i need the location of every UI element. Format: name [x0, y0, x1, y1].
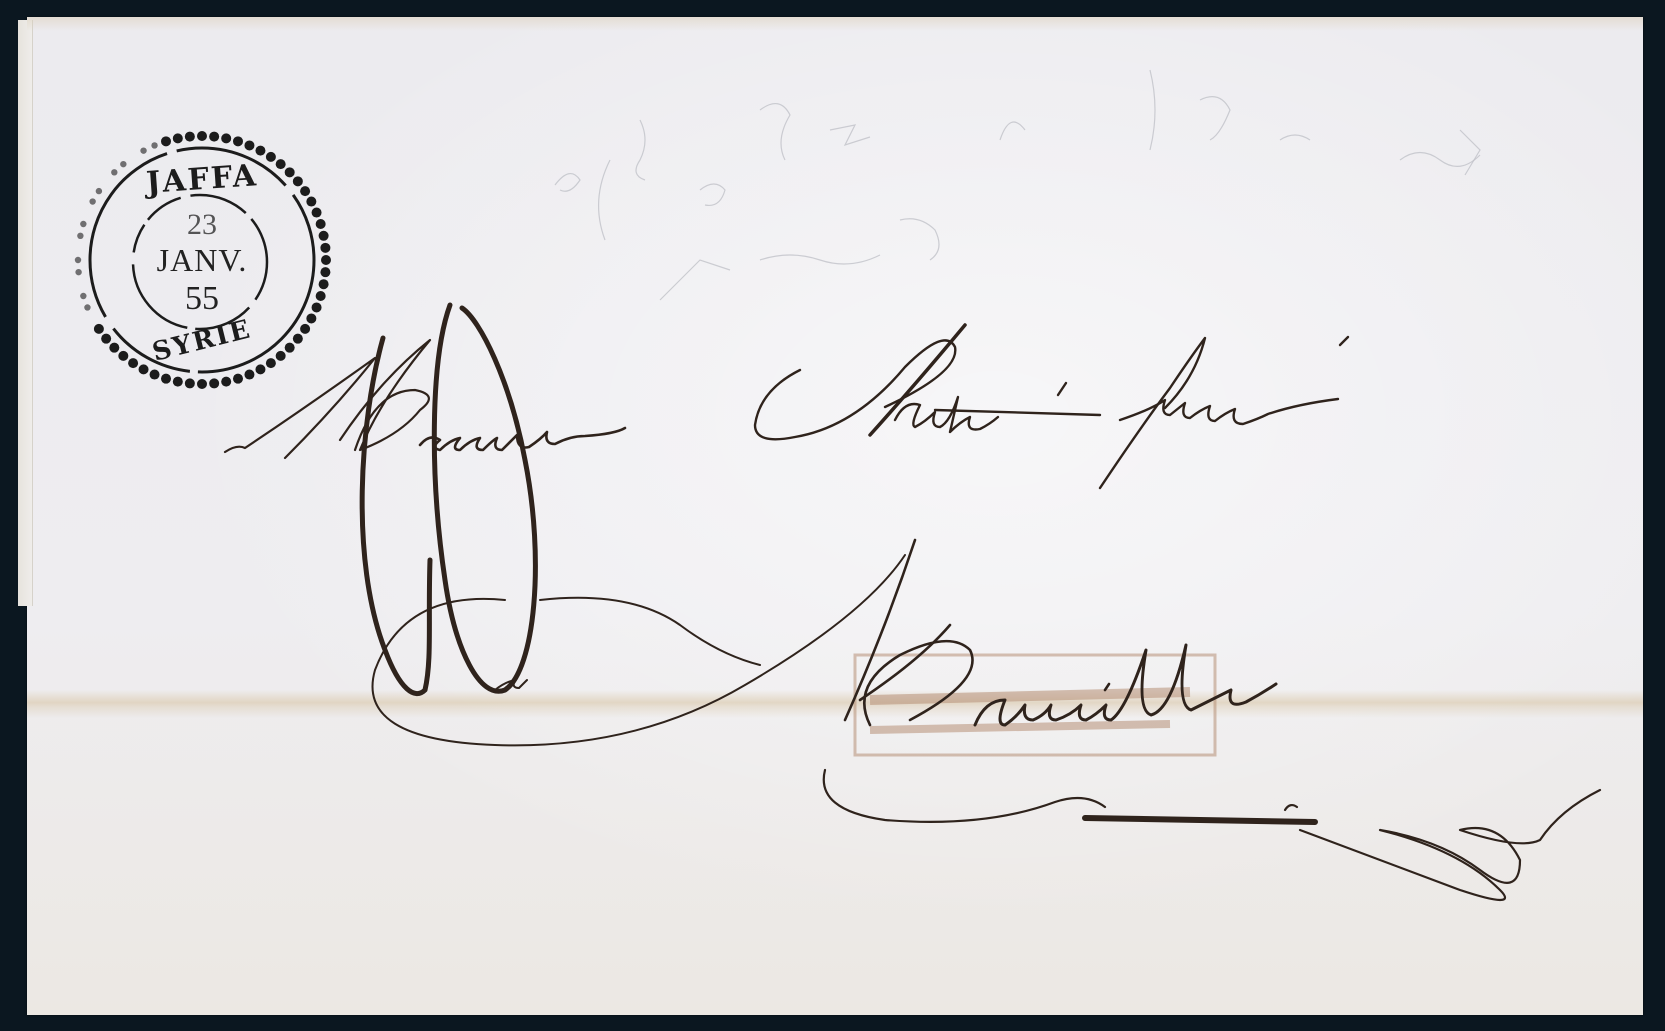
- rate-mark: 10: [350, 290, 732, 639]
- address-city: Marseille: [820, 630, 1276, 742]
- jaffa-datestamp: JAFFA 23 JANV. 55 SYRIE: [70, 128, 334, 392]
- paper-toning: [27, 17, 1643, 31]
- letter-flap-edge: [18, 20, 33, 606]
- postmark-month: JANV.: [70, 242, 334, 279]
- address-title: Messieurs: [300, 360, 672, 442]
- address-addressee: Pastré frères: [760, 340, 1310, 438]
- postmark-day: 23: [70, 208, 334, 242]
- address-via: Và: [470, 630, 507, 665]
